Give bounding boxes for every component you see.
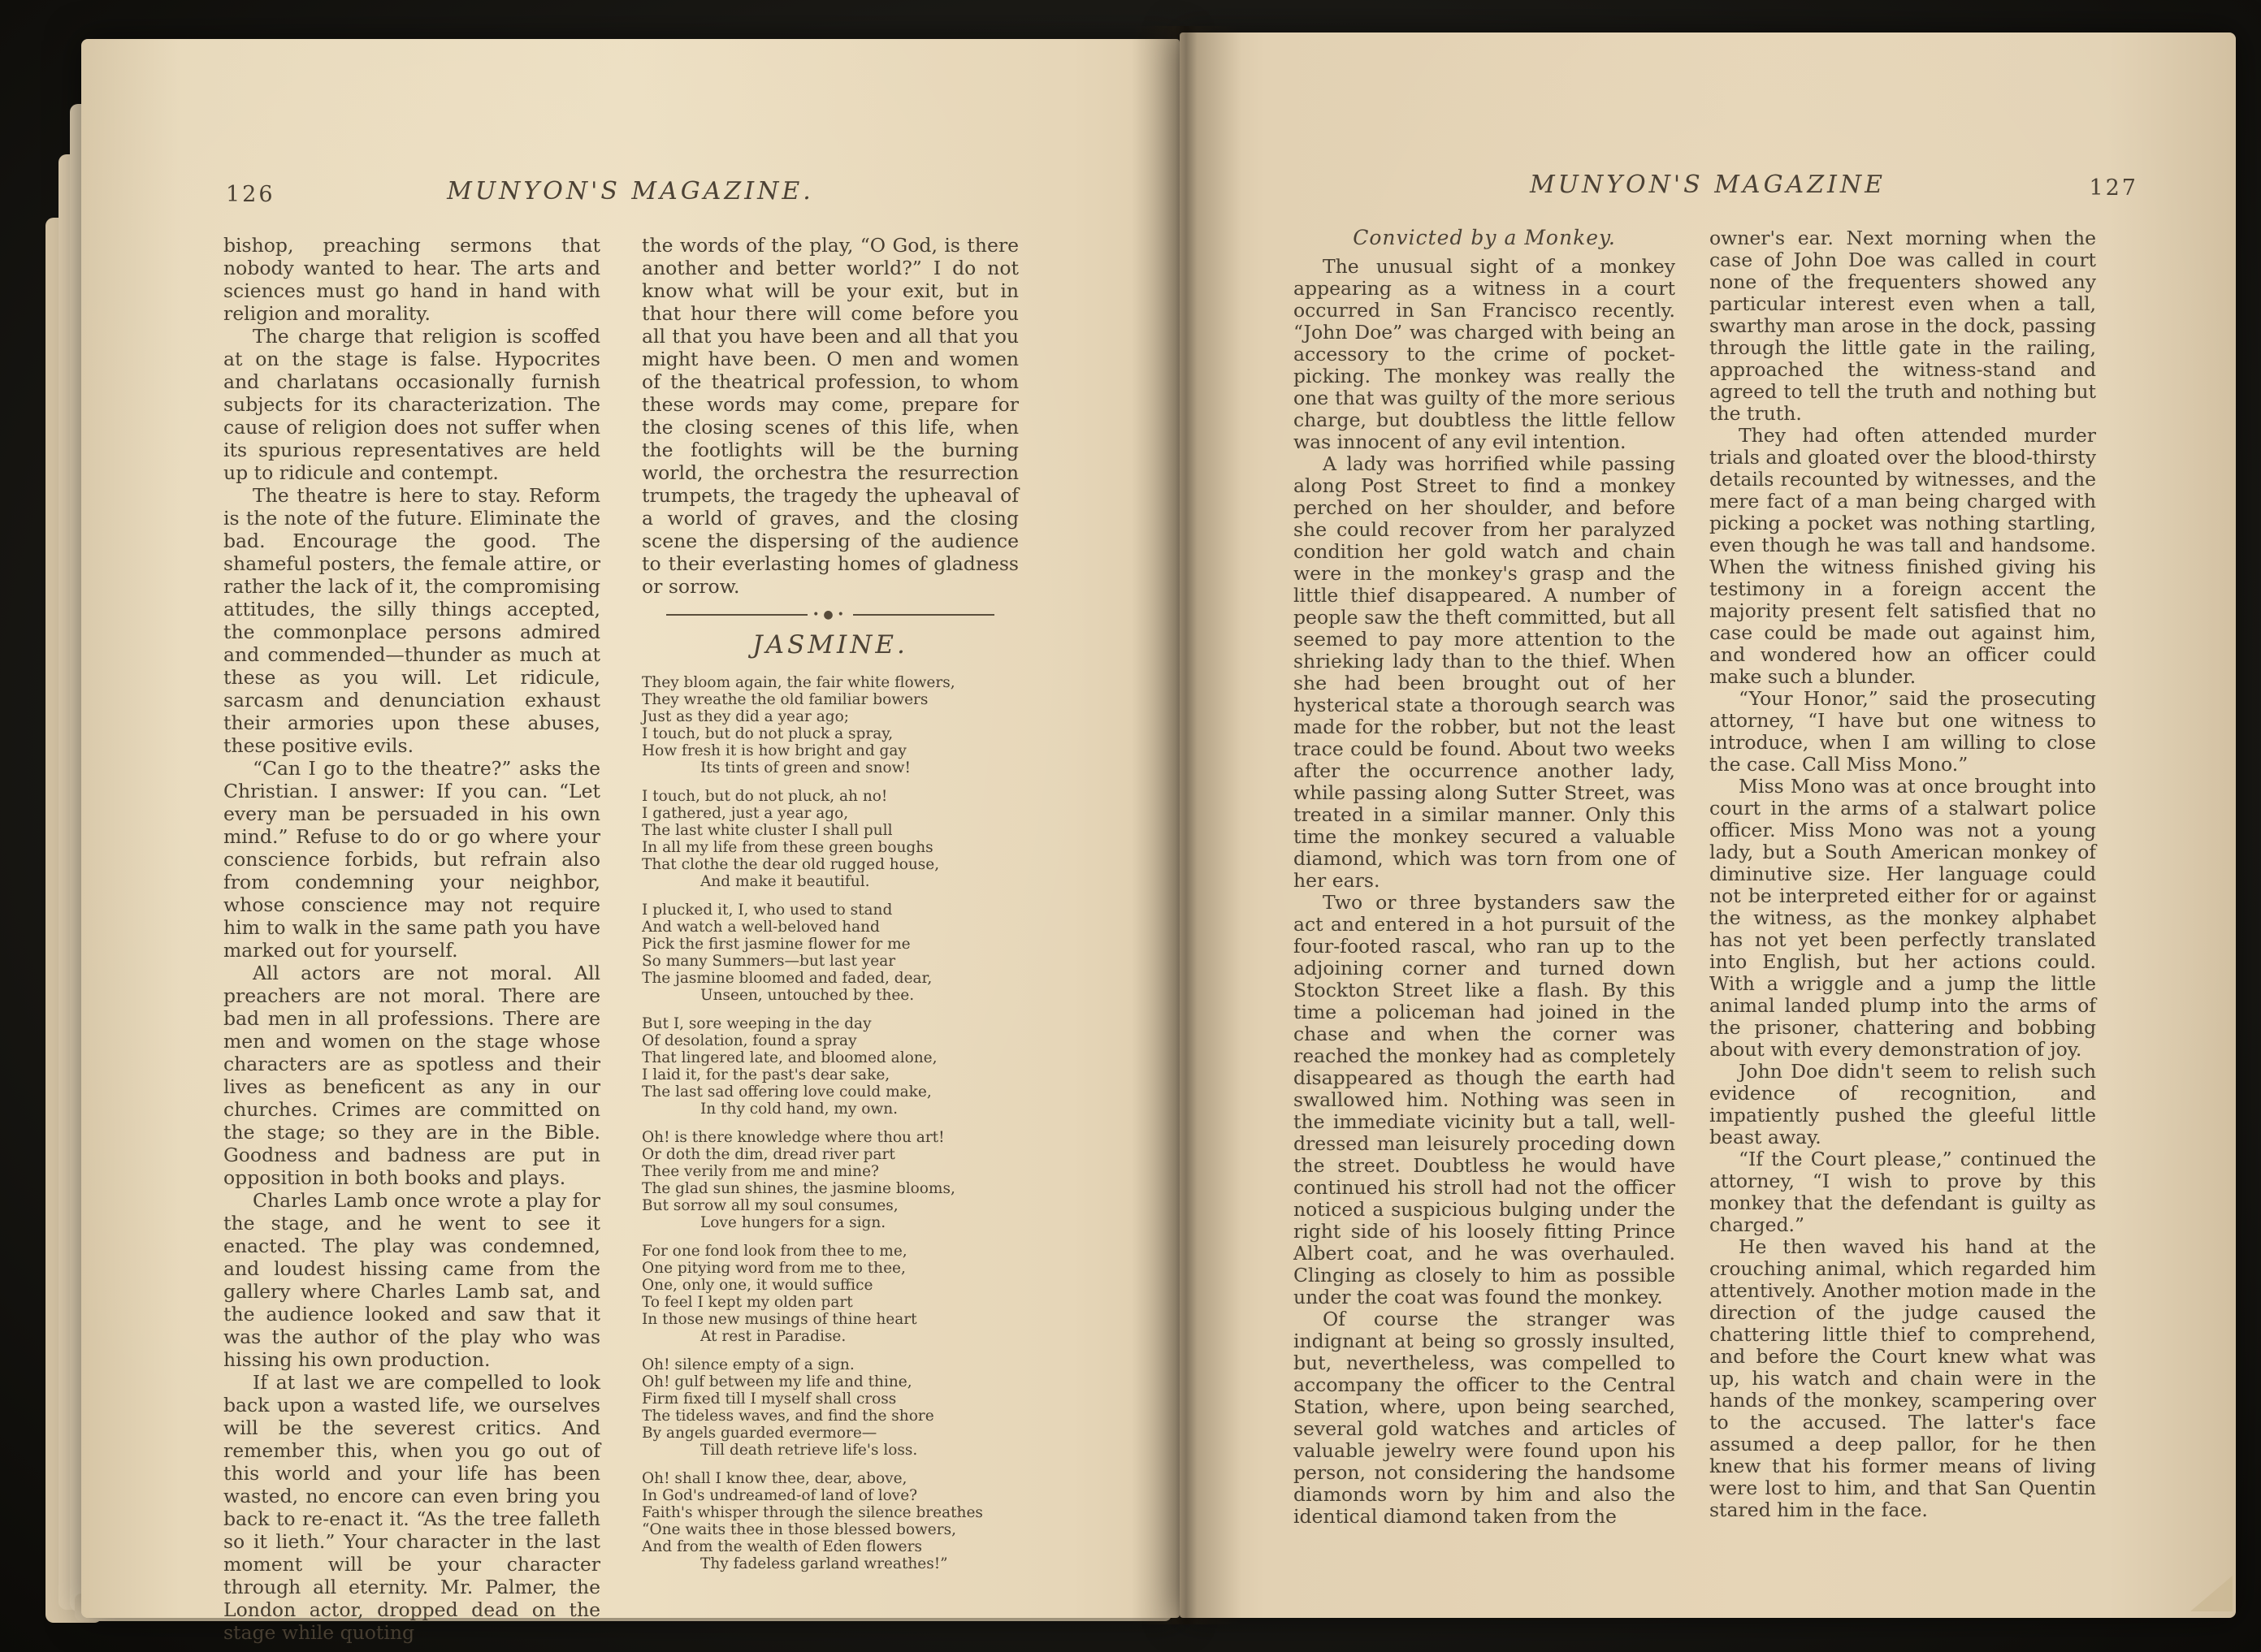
divider-dots-ornament: •●• <box>808 611 853 619</box>
poem-line: They bloom again, the fair white flowers… <box>642 674 1019 691</box>
paragraph: Miss Mono was at once brought into court… <box>1709 776 2096 1061</box>
poem-title: JASMINE. <box>642 630 1019 660</box>
poem-line: For one fond look from thee to me, <box>642 1243 1019 1260</box>
poem-line: The jasmine bloomed and faded, dear, <box>642 970 1019 987</box>
poem-line: Just as they did a year ago; <box>642 708 1019 725</box>
paragraph: Charles Lamb once wrote a play for the s… <box>223 1189 600 1371</box>
right-page: MUNYON'S MAGAZINE 127 Convicted by a Mon… <box>1180 32 2236 1618</box>
poem-line: How fresh it is how bright and gay <box>642 742 1019 759</box>
paragraph: All actors are not moral. All preachers … <box>223 962 600 1189</box>
poem-line: Till death retrieve life's loss. <box>642 1442 1019 1459</box>
poem-line: Or doth the dim, dread river part <box>642 1146 1019 1163</box>
page-number: 127 <box>2089 175 2138 201</box>
paragraph: “Your Honor,” said the prosecuting attor… <box>1709 688 2096 776</box>
poem-line: In God's undreamed-of land of love? <box>642 1487 1019 1504</box>
poem-line: I touch, but do not pluck, ah no! <box>642 788 1019 805</box>
poem-stanza: They bloom again, the fair white flowers… <box>642 674 1019 776</box>
poem-line: Oh! gulf between my life and thine, <box>642 1373 1019 1390</box>
poem-line: And make it beautiful. <box>642 873 1019 890</box>
poem-line: The last sad offering love could make, <box>642 1083 1019 1101</box>
paragraph: “Can I go to the theatre?” asks the Chri… <box>223 757 600 962</box>
poem-line: One pitying word from me to thee, <box>642 1260 1019 1277</box>
poem-line: “One waits thee in those blessed bowers, <box>642 1521 1019 1538</box>
poem-line: I plucked it, I, who used to stand <box>642 902 1019 919</box>
poem-line: By angels guarded evermore— <box>642 1425 1019 1442</box>
right-page-column-1: Convicted by a Monkey. The unusual sight… <box>1293 226 1675 1528</box>
poem-stanza: I touch, but do not pluck, ah no!I gathe… <box>642 788 1019 890</box>
paragraph: the words of the play, “O God, is there … <box>642 234 1019 598</box>
poem-line: So many Summers—but last year <box>642 953 1019 970</box>
paragraph: He then waved his hand at the crouching … <box>1709 1236 2096 1521</box>
poem-line: I gathered, just a year ago, <box>642 805 1019 822</box>
poem-line: In thy cold hand, my own. <box>642 1101 1019 1118</box>
column-continuation: the words of the play, “O God, is there … <box>642 234 1019 598</box>
section-divider: •●• <box>666 611 994 619</box>
poem-stanza: For one fond look from thee to me,One pi… <box>642 1243 1019 1345</box>
poem-line: Unseen, untouched by thee. <box>642 987 1019 1004</box>
poem-line: Firm fixed till I myself shall cross <box>642 1390 1019 1408</box>
poem-line: Oh! silence empty of a sign. <box>642 1356 1019 1373</box>
paragraph: The unusual sight of a monkey appearing … <box>1293 256 1675 453</box>
divider-rule <box>666 614 808 616</box>
poem-stanza: I plucked it, I, who used to standAnd wa… <box>642 902 1019 1004</box>
paragraph: They had often attended murder trials an… <box>1709 425 2096 688</box>
poem-line: The tideless waves, and find the shore <box>642 1408 1019 1425</box>
running-title: MUNYON'S MAGAZINE <box>1180 171 2236 199</box>
poem-jasmine: They bloom again, the fair white flowers… <box>642 674 1019 1572</box>
divider-rule <box>853 614 994 616</box>
right-page-column-2: owner's ear. Next morning when the case … <box>1709 227 2096 1521</box>
poem-line: Of desolation, found a spray <box>642 1032 1019 1049</box>
paragraph: Of course the stranger was indignant at … <box>1293 1308 1675 1528</box>
left-page-column-2: the words of the play, “O God, is there … <box>642 234 1019 1584</box>
running-title: MUNYON'S MAGAZINE. <box>81 177 1180 205</box>
poem-line: Oh! is there knowledge where thou art! <box>642 1129 1019 1146</box>
poem-line: But sorrow all my soul consumes, <box>642 1197 1019 1214</box>
poem-line: And from the wealth of Eden flowers <box>642 1538 1019 1555</box>
poem-line: One, only one, it would suffice <box>642 1277 1019 1294</box>
poem-line: Thy fadeless garland wreathes!” <box>642 1555 1019 1572</box>
paragraph: John Doe didn't seem to relish such evid… <box>1709 1061 2096 1148</box>
poem-line: And watch a well-beloved hand <box>642 919 1019 936</box>
poem-stanza: But I, sore weeping in the dayOf desolat… <box>642 1015 1019 1118</box>
left-page-header: 126 MUNYON'S MAGAZINE. <box>81 171 1180 223</box>
poem-line: Faith's whisper through the silence brea… <box>642 1504 1019 1521</box>
paragraph: bishop, preaching sermons that nobody wa… <box>223 234 600 325</box>
poem-line: I laid it, for the past's dear sake, <box>642 1066 1019 1083</box>
magazine-spread-scan: 126 MUNYON'S MAGAZINE. bishop, preaching… <box>0 0 2261 1652</box>
poem-line: Thee verily from me and mine? <box>642 1163 1019 1180</box>
poem-line: In those new musings of thine heart <box>642 1311 1019 1328</box>
poem-line: The last white cluster I shall pull <box>642 822 1019 839</box>
left-page-column-1: bishop, preaching sermons that nobody wa… <box>223 234 600 1644</box>
left-page: 126 MUNYON'S MAGAZINE. bishop, preaching… <box>81 39 1180 1618</box>
poem-line: Pick the first jasmine flower for me <box>642 936 1019 953</box>
poem-line: The glad sun shines, the jasmine blooms, <box>642 1180 1019 1197</box>
poem-line: That clothe the dear old rugged house, <box>642 856 1019 873</box>
paragraph: If at last we are compelled to look back… <box>223 1371 600 1644</box>
page-corner-dogear <box>2190 1576 2233 1611</box>
poem-line: I touch, but do not pluck a spray, <box>642 725 1019 742</box>
poem-line: To feel I kept my olden part <box>642 1294 1019 1311</box>
poem-line: In all my life from these green boughs <box>642 839 1019 856</box>
paragraph: The theatre is here to stay. Reform is t… <box>223 484 600 757</box>
right-page-header: MUNYON'S MAGAZINE 127 <box>1180 164 2236 216</box>
poem-line: Its tints of green and snow! <box>642 759 1019 776</box>
poem-line: At rest in Paradise. <box>642 1328 1019 1345</box>
poem-stanza: Oh! shall I know thee, dear, above,In Go… <box>642 1470 1019 1572</box>
poem-line: They wreathe the old familiar bowers <box>642 691 1019 708</box>
poem-line: That lingered late, and bloomed alone, <box>642 1049 1019 1066</box>
poem-line: Love hungers for a sign. <box>642 1214 1019 1231</box>
paragraph: A lady was horrified while passing along… <box>1293 453 1675 892</box>
paragraph: “If the Court please,” continued the att… <box>1709 1148 2096 1236</box>
paragraph: Two or three bystanders saw the act and … <box>1293 892 1675 1308</box>
poem-line: Oh! shall I know thee, dear, above, <box>642 1470 1019 1487</box>
paragraph: The charge that religion is scoffed at o… <box>223 325 600 484</box>
poem-stanza: Oh! silence empty of a sign.Oh! gulf bet… <box>642 1356 1019 1459</box>
paragraph: owner's ear. Next morning when the case … <box>1709 227 2096 425</box>
poem-line: But I, sore weeping in the day <box>642 1015 1019 1032</box>
poem-stanza: Oh! is there knowledge where thou art!Or… <box>642 1129 1019 1231</box>
article-title: Convicted by a Monkey. <box>1293 226 1675 249</box>
article-body-start: The unusual sight of a monkey appearing … <box>1293 256 1675 1528</box>
